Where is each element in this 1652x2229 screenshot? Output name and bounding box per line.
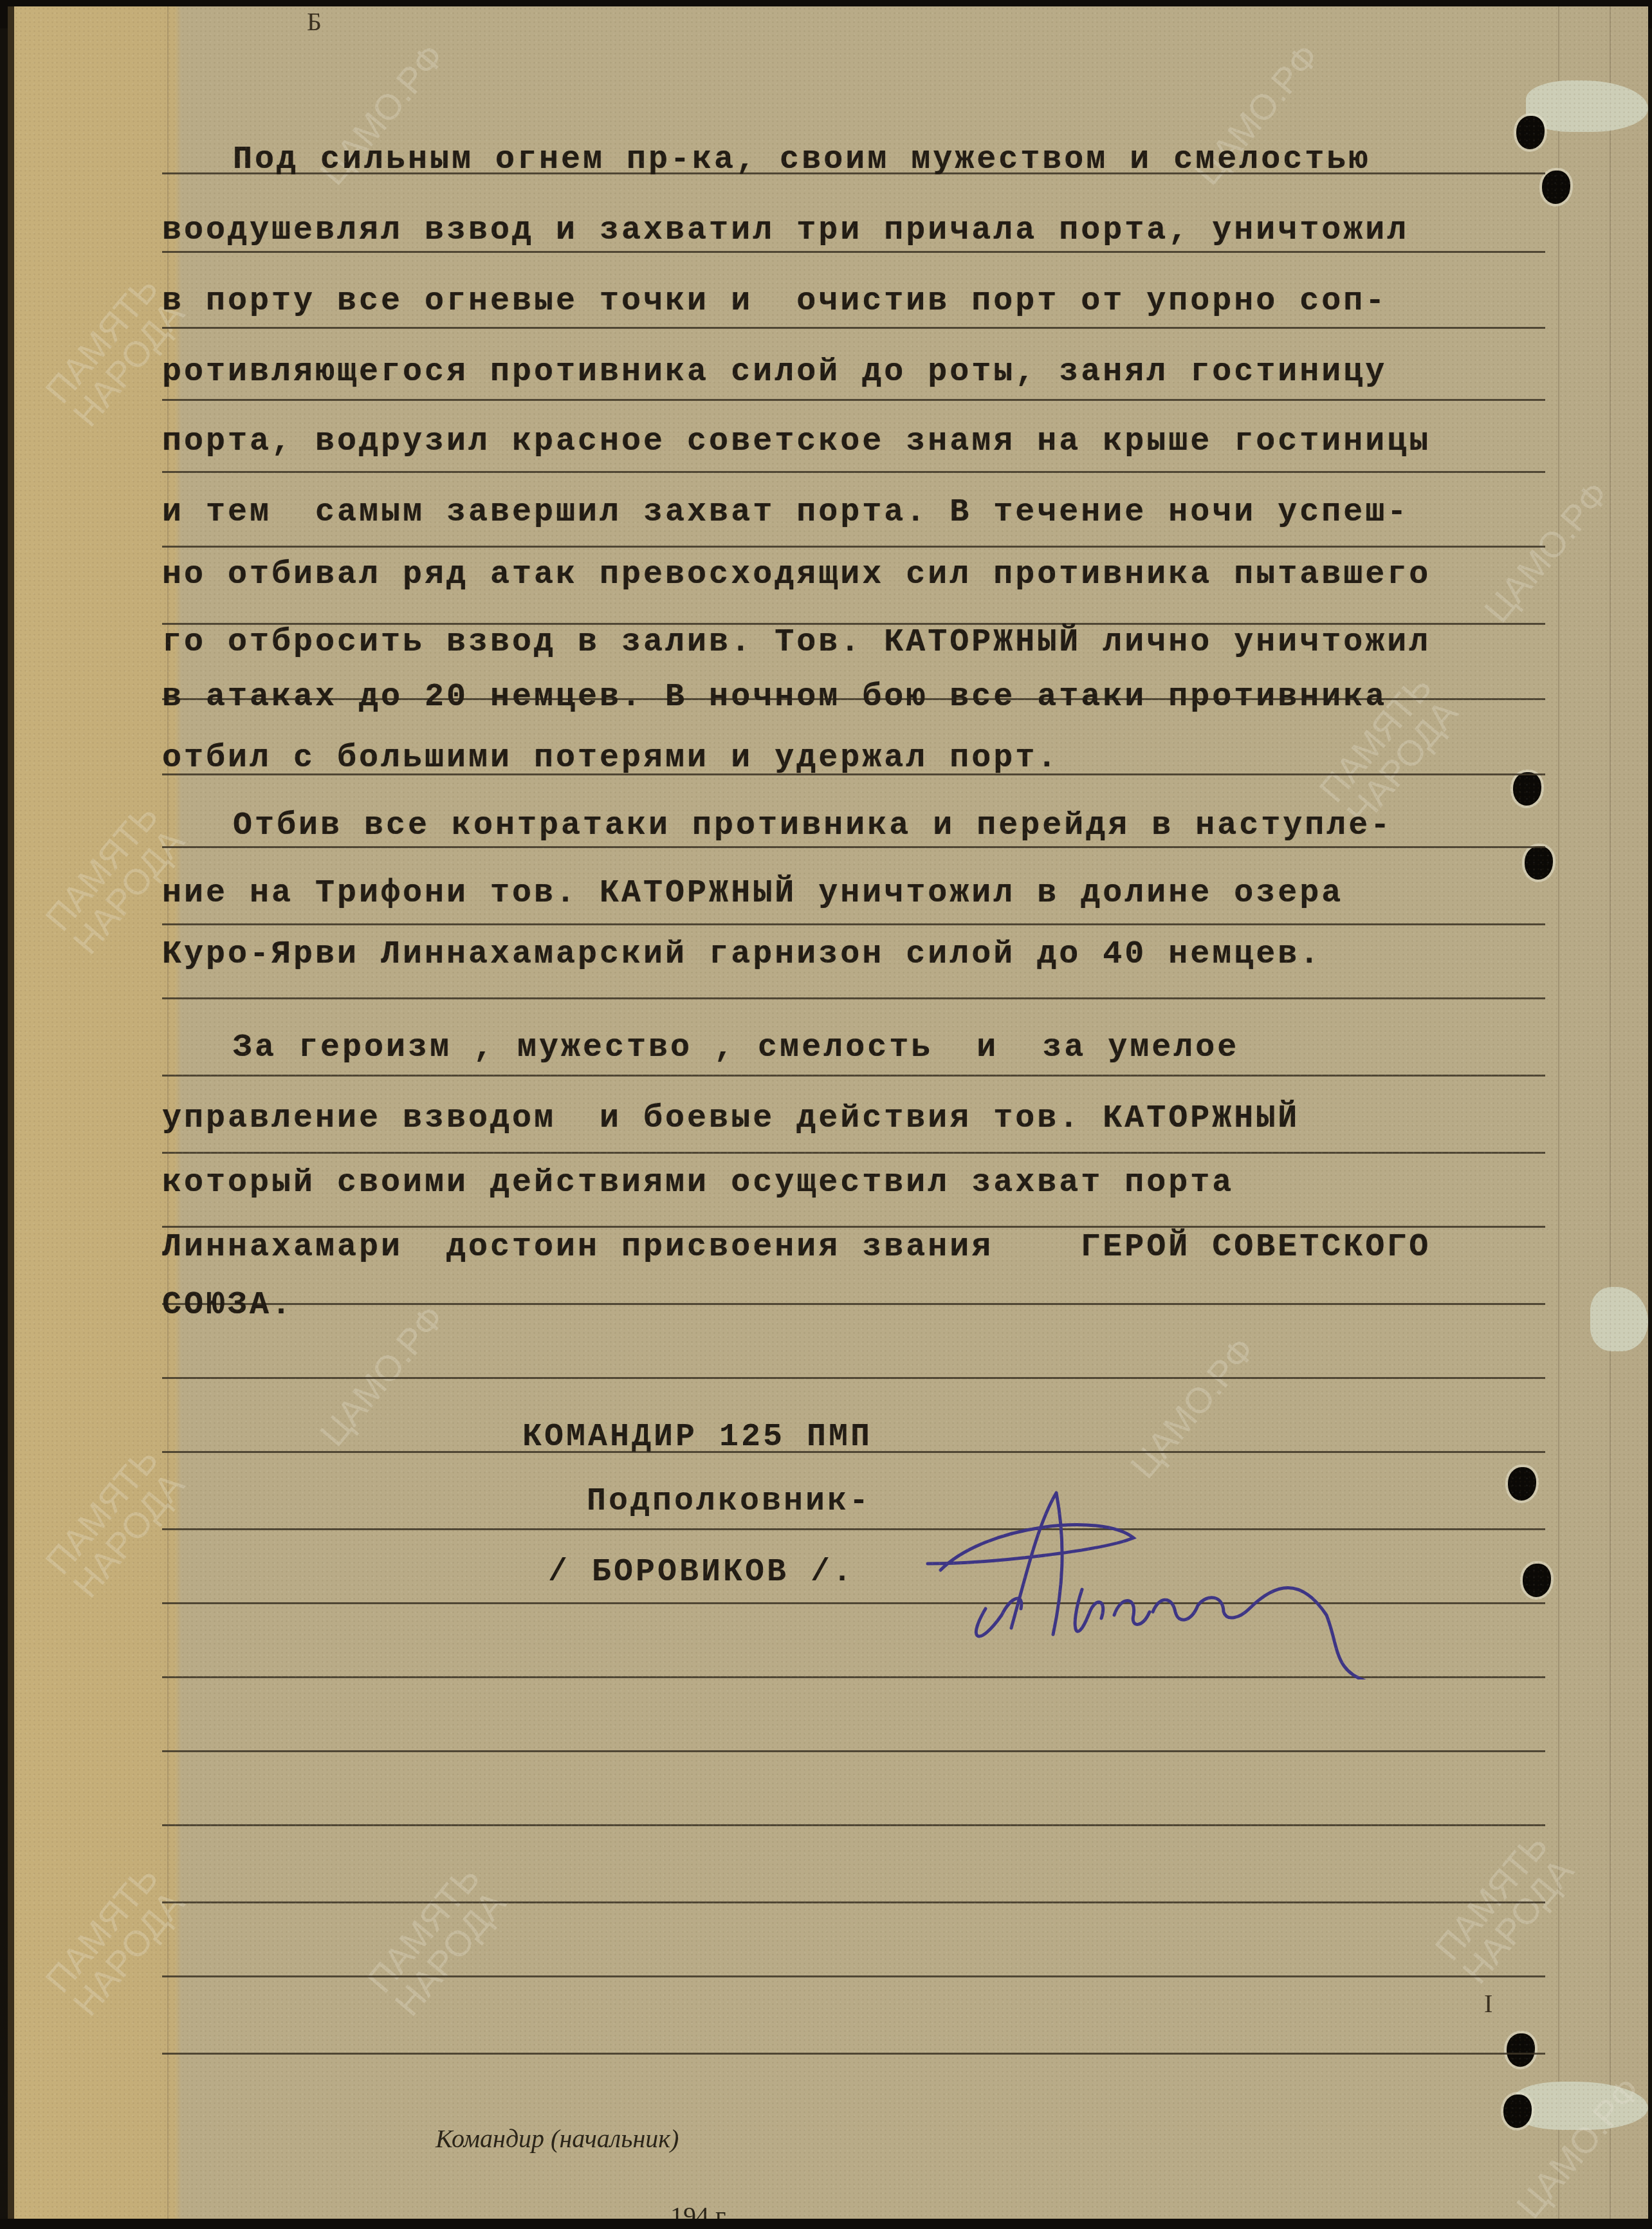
body-line-5: порта, водрузил красное советское знамя … <box>162 423 1431 460</box>
watermark-camo: ЦАМО.РФ <box>314 1299 450 1452</box>
ruled-line <box>162 1824 1545 1826</box>
punch-hole <box>1507 2033 1535 2067</box>
ruled-line <box>162 923 1545 925</box>
ruled-line <box>162 546 1545 548</box>
body-line-11: Отбив все контратаки противника и перейд… <box>233 808 1392 844</box>
body-line-14: За героизм , мужество , смелость и за ум… <box>233 1030 1239 1066</box>
ruled-line <box>162 1152 1545 1154</box>
body-line-18: СОЮЗА. <box>162 1287 293 1324</box>
watermark-memory: ПАМЯТЬ НАРОДА <box>361 1860 513 2022</box>
handwritten-signature <box>889 1486 1468 1679</box>
ruled-line <box>162 1901 1545 1903</box>
commander-name: / БОРОВИКОВ /. <box>548 1554 854 1591</box>
commander-position: КОМАНДИР 125 ПМП <box>522 1419 872 1456</box>
paper-tear-bottom <box>1513 2082 1648 2130</box>
ruled-line <box>162 1750 1545 1752</box>
margin-mark-top: Б <box>307 6 322 37</box>
paper-tear-top <box>1526 80 1648 132</box>
ruled-line <box>162 1303 1545 1305</box>
body-line-1: Под сильным огнем пр-ка, своим мужеством… <box>233 142 1370 178</box>
body-line-3: в порту все огневые точки и очистив порт… <box>162 283 1387 320</box>
watermark-memory: ПАМЯТЬ НАРОДА <box>39 1860 192 2022</box>
body-line-6: и тем самым завершил захват порта. В теч… <box>162 494 1409 531</box>
ruled-line <box>162 251 1545 253</box>
watermark-camo: ЦАМО.РФ <box>1478 476 1615 629</box>
ruled-line <box>162 1377 1545 1379</box>
body-line-13: Куро-Ярви Линнахамарский гарнизон силой … <box>162 936 1321 973</box>
body-line-15: управление взводом и боевые действия тов… <box>162 1100 1299 1137</box>
watermark-camo: ЦАМО.РФ <box>1124 1331 1261 1484</box>
ruled-line <box>162 2053 1545 2055</box>
ruled-line <box>162 1075 1545 1077</box>
body-line-7: но отбивал ряд атак превосходящих сил пр… <box>162 557 1431 593</box>
fold-line-edge <box>1610 6 1611 2220</box>
ruled-line <box>162 846 1545 848</box>
paper-tear-middle <box>1590 1287 1648 1351</box>
margin-mark-right: I <box>1484 1988 1492 2019</box>
watermark-memory: ПАМЯТЬ НАРОДА <box>39 1441 192 1604</box>
body-line-8: го отбросить взвод в залив. Тов. КАТОРЖН… <box>162 624 1431 661</box>
ruled-line <box>162 1975 1545 1977</box>
body-line-4: ротивляющегося противника силой до роты,… <box>162 354 1387 391</box>
body-line-16: который своими действиями осуществил зах… <box>162 1165 1234 1201</box>
body-line-10: отбил с большими потерями и удержал порт… <box>162 740 1059 777</box>
scan-bottom-border <box>0 2219 1652 2229</box>
ruled-line <box>162 327 1545 329</box>
body-line-12: ние на Трифони тов. КАТОРЖНЫЙ уничтожил … <box>162 875 1343 912</box>
punch-hole <box>1542 171 1570 204</box>
fold-line-right <box>1558 6 1559 2220</box>
ruled-line <box>162 1226 1545 1228</box>
ruled-line <box>162 997 1545 999</box>
ruled-line <box>162 399 1545 401</box>
body-line-2: воодушевлял взвод и захватил три причала… <box>162 212 1409 249</box>
printed-form-label: Командир (начальник) <box>436 2123 679 2154</box>
body-line-17: Линнахамари достоин присвоения звания ГЕ… <box>162 1229 1431 1266</box>
punch-hole <box>1513 772 1541 806</box>
ruled-line <box>162 471 1545 473</box>
punch-hole <box>1516 116 1545 149</box>
document-page: ЦАМО.РФ ЦАМО.РФ ПАМЯТЬ НАРОДА ЦАМО.РФ ПА… <box>8 6 1648 2220</box>
commander-rank: Подполковник- <box>587 1483 871 1520</box>
punch-hole <box>1508 1467 1536 1501</box>
body-line-9: в атаках до 20 немцев. В ночном бою все … <box>162 679 1387 716</box>
punch-hole <box>1525 846 1553 880</box>
punch-hole <box>1523 1564 1551 1597</box>
